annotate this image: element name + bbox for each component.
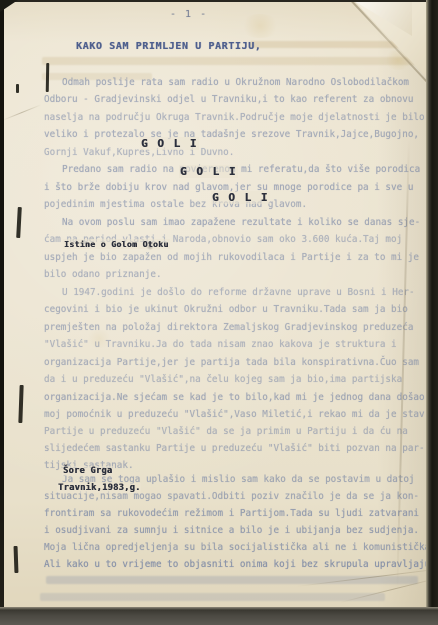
typewriter-line: Na ovom poslu sam imao zapažene rezultat…: [62, 217, 420, 228]
typewriter-line: slijedećem sastanku Partije u preduzeću …: [44, 443, 425, 454]
typewriter-line: cegovini i bio je ukinut Okružni odbor u…: [44, 304, 408, 315]
typewriter-line: U 1947.godini je došlo do reforme državn…: [62, 287, 415, 298]
author-signature: Šore Grga: [62, 466, 113, 476]
typewriter-line: uspjeh je bio zapažen od mojih rukovodil…: [44, 252, 419, 263]
staple-mark: [16, 84, 19, 93]
page-number: - 1 -: [170, 9, 208, 20]
typewriter-line: moj pomoćnik u preduzeću "Vlašić",Vaso M…: [44, 409, 425, 420]
typewriter-line: Predano sam radio na povjerenom mi refer…: [62, 164, 420, 175]
scan-edge-bottom: [0, 607, 438, 625]
scanned-typewritten-page: - 1 - KAKO SAM PRIMLJEN U PARTIJU, Odmah…: [0, 0, 438, 625]
overprint-goli-1: G O L I: [140, 137, 199, 150]
overprint-goli-3: G O L I: [211, 191, 270, 204]
paper-stain: [86, 330, 112, 348]
paper-stain: [240, 14, 280, 38]
typewriter-line: Odmah poslije rata sam radio u Okružnom …: [62, 77, 409, 88]
paper-stain: [146, 243, 154, 250]
scan-edge-left: [0, 0, 4, 625]
typewriter-line: i osudjivani za sumnju i sitnice a bilo …: [44, 525, 419, 536]
typewriter-line: organizacija.Ne sjećam se kad je to bilo…: [44, 392, 425, 403]
scan-edge-top: [0, 0, 438, 2]
document-title: KAKO SAM PRIMLJEN U PARTIJU,: [76, 41, 261, 52]
typewriter-line: bilo odano priznanje.: [44, 269, 162, 280]
staple-mark: [46, 63, 50, 92]
scan-edge-right: [426, 0, 438, 625]
overprint-goli-2: G O L I: [179, 165, 238, 178]
ghost-text-line: [42, 57, 420, 65]
ghost-text-line: [40, 593, 385, 601]
typewriter-line: veliko i protezalo se je na tadašnje sre…: [44, 129, 419, 140]
typewriter-line: frontiram sa rukovodećim režimom i Parti…: [44, 508, 419, 519]
typewriter-line: Ali kako u to vrijeme to objasniti onima…: [44, 559, 436, 570]
place-and-date: Travnik,1983,g.: [57, 483, 141, 493]
typewriter-line: da i u preduzeću "Vlašić",na čelu kojeg …: [44, 374, 402, 385]
typewriter-line: Partije u preduzeću "Vlašić" da se ja pr…: [44, 426, 408, 437]
typewriter-line: Moja lična opredjeljenja su bila socijal…: [44, 542, 436, 553]
typewriter-line: organizacija Partije,jer je partija tada…: [44, 357, 419, 368]
typewriter-line: naselja na području Okruga Travnik.Podru…: [44, 112, 425, 123]
typewriter-line: Odboru - Gradjevinski odjel u Travniku,i…: [44, 94, 413, 105]
